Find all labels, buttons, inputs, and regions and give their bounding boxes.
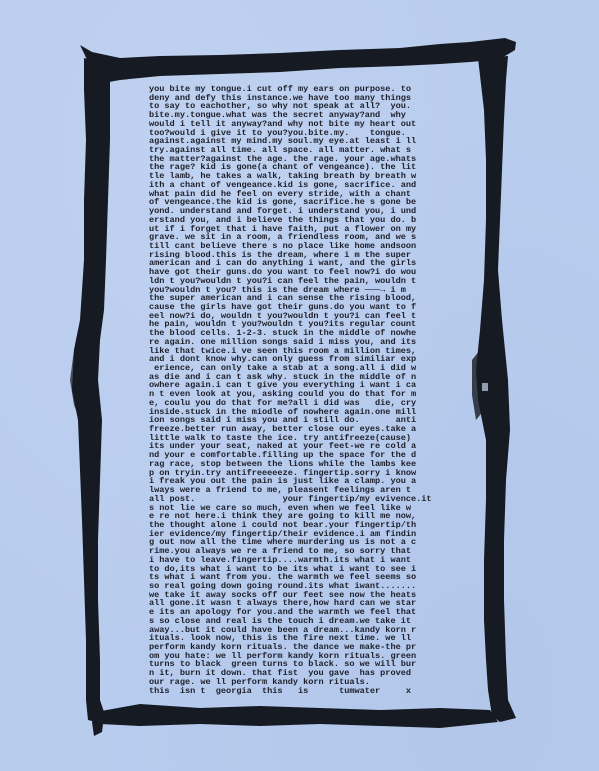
typewritten-lyrics: you bite my tongue.i cut off my ears on … xyxy=(149,85,449,695)
text-line: this isn t georgia this is tumwater x xyxy=(149,687,449,696)
